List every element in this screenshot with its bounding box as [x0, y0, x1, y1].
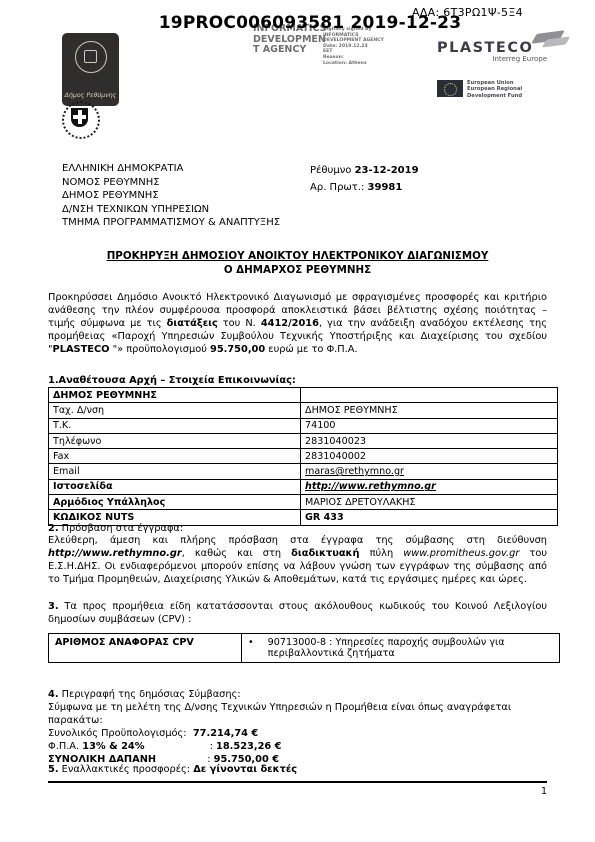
table-row: ΔΗΜΟΣ ΡΕΘΥΜΝΗΣ — [49, 388, 558, 403]
protocol: Αρ. Πρωτ.: 39981 — [310, 179, 419, 196]
plasteco-logo: PLASTECO Interreg Europe — [437, 40, 547, 63]
table-row: Ιστοσελίδαhttp://www.rethymno.gr — [49, 479, 558, 494]
eu-logo-text: European Union European Regional Develop… — [467, 80, 522, 99]
rethymno-link[interactable]: http://www.rethymno.gr — [48, 548, 182, 559]
cpv-value: 90713000-8 : Υπηρεσίες παροχής συμβουλών… — [268, 637, 553, 659]
protocol-number: 39981 — [368, 182, 403, 193]
eu-logo: European Union European Regional Develop… — [437, 80, 522, 99]
contact-person: ΜΑΡΙΟΣ ΔΡΕΤΟΥΛΑΚΗΣ — [301, 495, 558, 510]
nuts-code: GR 433 — [301, 510, 558, 525]
interreg-europe-label: Interreg Europe — [437, 55, 547, 63]
cpv-label: ΑΡΙΘΜΟΣ ΑΝΑΦΟΡΑΣ CPV — [49, 634, 242, 663]
table-row: Τηλέφωνο2831040023 — [49, 433, 558, 448]
document-title: ΠΡΟΚΗΡΥΞΗ ΔΗΜΟΣΙΟΥ ΑΝΟΙΚΤΟΥ ΗΛΕΚΤΡΟΝΙΚΟΥ… — [48, 249, 547, 263]
net-amount: 77.214,74 € — [193, 728, 258, 739]
cpv-entry: • 90713000-8 : Υπηρεσίες παροχής συμβουλ… — [248, 637, 553, 659]
date-protocol-block: Ρέθυμνο 23-12-2019 Αρ. Πρωτ.: 39981 — [310, 162, 419, 196]
issuer-line: ΔΗΜΟΣ ΡΕΘΥΜΝΗΣ — [62, 189, 280, 203]
cpv-table: ΑΡΙΘΜΟΣ ΑΝΑΦΟΡΑΣ CPV • 90713000-8 : Υπηρ… — [48, 633, 560, 663]
alternative-offers-value: Δε γίνονται δεκτές — [193, 764, 297, 775]
section4: 4. Περιγραφή της δημόσιας Σύμβασης: Σύμφ… — [48, 688, 547, 767]
vat-amount: 18.523,26 € — [216, 741, 281, 752]
issuer-line: ΕΛΛΗΝΙΚΗ ΔΗΜΟΚΡΑΤΙΑ — [62, 162, 280, 176]
signature-agency-line: T AGENCY — [253, 45, 326, 56]
municipality-logo: Δήμος Ρεθύμνης — [62, 33, 119, 106]
document-subtitle: Ο ΔΗΜΑΡΧΟΣ ΡΕΘΥΜΝΗΣ — [48, 263, 547, 277]
contact-table: ΔΗΜΟΣ ΡΕΘΥΜΝΗΣ Ταχ. Δ/νσηΔΗΜΟΣ ΡΕΘΥΜΝΗΣ … — [48, 387, 558, 526]
document-page: ΑΔΑ: 6Τ3ΡΩ1Ψ-5Ξ4 19PROC006093581 2019-12… — [0, 0, 595, 842]
project-name: PLASTECO — [53, 344, 110, 355]
total-budget-inline: 95.750,00 — [210, 344, 265, 355]
budget-total-net: Συνολικός Προϋπολογισμός: 77.214,74 € — [48, 727, 547, 740]
website-link[interactable]: http://www.rethymno.gr — [305, 481, 436, 492]
section2-paragraph: Ελεύθερη, άμεση και πλήρης πρόσβαση στα … — [48, 534, 547, 586]
place-date: Ρέθυμνο 23-12-2019 — [310, 162, 419, 179]
section1-heading: 1.Αναθέτουσα Αρχή – Στοιχεία Επικοινωνία… — [48, 374, 296, 387]
table-row: Τ.Κ.74100 — [49, 418, 558, 433]
greek-national-emblem-icon — [60, 99, 100, 139]
email-link[interactable]: maras@rethymno.gr — [305, 466, 404, 477]
table-row: Ταχ. Δ/νσηΔΗΜΟΣ ΡΕΘΥΜΝΗΣ — [49, 403, 558, 418]
document-title-block: ΠΡΟΚΗΡΥΞΗ ΔΗΜΟΣΙΟΥ ΑΝΟΙΚΤΟΥ ΗΛΕΚΤΡΟΝΙΚΟΥ… — [48, 249, 547, 277]
municipality-emblem-icon — [75, 41, 107, 73]
eu-flag-icon — [437, 80, 463, 97]
page-number: 1 — [48, 786, 547, 797]
section3-heading: 3. Τα προς προμήθεια είδη κατατάσσονται … — [48, 600, 547, 626]
table-row: Emailmaras@rethymno.gr — [49, 464, 558, 479]
bullet-icon: • — [248, 637, 254, 659]
table-row: ΑΡΙΘΜΟΣ ΑΝΑΦΟΡΑΣ CPV • 90713000-8 : Υπηρ… — [49, 634, 560, 663]
section4-heading: 4. Περιγραφή της δημόσιας Σύμβασης: — [48, 688, 547, 701]
issuer-line: ΝΟΜΟΣ ΡΕΘΥΜΝΗΣ — [62, 176, 280, 190]
document-date: 23-12-2019 — [355, 165, 419, 176]
intro-paragraph: Προκηρύσσει Δημόσιο Ανοικτό Ηλεκτρονικό … — [48, 291, 547, 356]
table-row: Αρμόδιος ΥπάλληλοςΜΑΡΙΟΣ ΔΡΕΤΟΥΛΑΚΗΣ — [49, 495, 558, 510]
footer-rule — [48, 781, 547, 783]
promitheus-link[interactable]: www.promitheus.gov.gr — [403, 548, 519, 559]
table-row: Fax2831040002 — [49, 449, 558, 464]
section5-heading: 5. Εναλλακτικές προσφορές: Δε γίνονται δ… — [48, 763, 547, 776]
issuer-line: Δ/ΝΣΗ ΤΕΧΝΙΚΩΝ ΥΠΗΡΕΣΙΩΝ — [62, 203, 280, 217]
municipality-logo-caption: Δήμος Ρεθύμνης — [65, 92, 117, 99]
budget-vat: Φ.Π.Α. 13% & 24% : 18.523,26 € — [48, 740, 547, 753]
issuer-line: ΤΜΗΜΑ ΠΡΟΓΡΑΜΜΑΤΙΣΜΟΥ & ΑΝΑΠΤΥΞΗΣ — [62, 216, 280, 230]
issuer-header: ΕΛΛΗΝΙΚΗ ΔΗΜΟΚΡΑΤΙΑ ΝΟΜΟΣ ΡΕΘΥΜΝΗΣ ΔΗΜΟΣ… — [62, 162, 280, 230]
proc-stamp: 19PROC006093581 2019-12-23 — [140, 13, 480, 33]
section4-line: Σύμφωνα με τη μελέτη της Δ/νσης Τεχνικών… — [48, 701, 547, 727]
